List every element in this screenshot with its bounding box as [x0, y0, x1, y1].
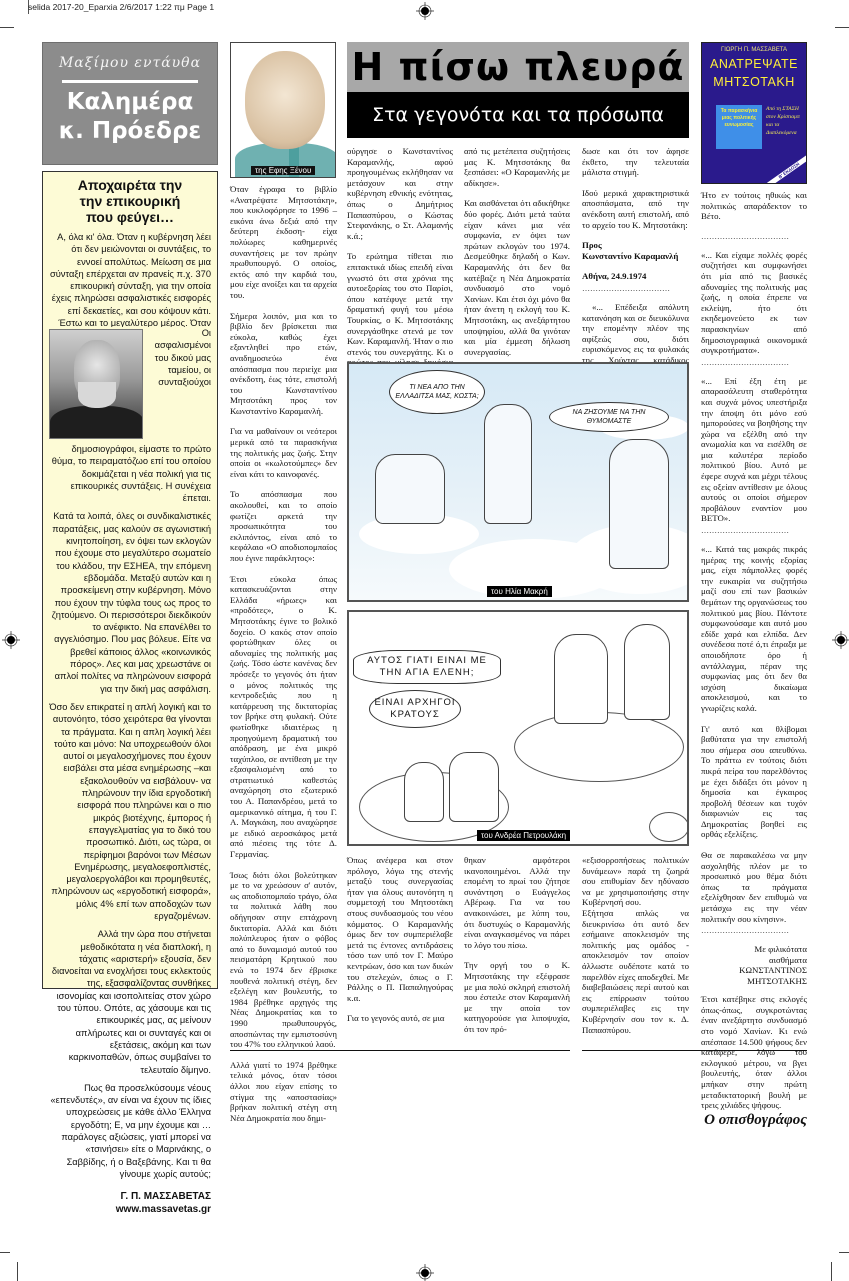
article-column-3-bottom: θηκαν αμφότεροι ικανοποιημένοι. Αλλά την…: [464, 855, 570, 1045]
figure-seated: [375, 454, 445, 524]
speech-bubble: ΑΥΤΟΣ ΓΙΑΤΙ ΕΙΝΑΙ ΜΕ ΤΗΝ ΑΓΙΑ ΕΛΕΝΗ;: [353, 650, 501, 684]
book-box-text: Τα παρασκήνια μιας πολιτικής ευνωμοσίας: [716, 105, 762, 149]
article-column-3-top: από τις μετέπειτα συζητήσεις μας Κ. Μητσ…: [464, 146, 570, 398]
letter-paragraph: «... Επί έξη έτη με απαρασάλευτη σταθερό…: [701, 376, 807, 524]
letter-recipient-label: Προς: [582, 240, 689, 251]
opinion-paragraph: Όσο δεν επικρατεί η απλή λογική και το α…: [49, 701, 211, 922]
crop-mark: [17, 1262, 18, 1281]
article-column-5: Ήτο εν τούτοις ηθικώς και πολιτικώς απαρ…: [701, 190, 807, 1125]
registration-mark-icon: [416, 1264, 434, 1281]
registration-mark-icon: [416, 2, 434, 20]
letter-date: Αθήνα, 24.9.1974: [582, 271, 689, 282]
article-paragraph: δωσε και ότι τον άφησε έκθετο, την τελευ…: [582, 146, 689, 178]
article-column-4-top: δωσε και ότι τον άφησε έκθετο, την τελευ…: [582, 146, 689, 397]
figure-standing: [484, 404, 532, 524]
author-signature: Γ. Π. ΜΑΣΣΑΒΕΤΑΣ www.massavetas.gr: [49, 1190, 211, 1216]
article-paragraph: Ίσως διότι όλοι βολεύτηκαν με το να χρεώ…: [230, 870, 337, 1050]
crop-mark: [0, 1252, 10, 1253]
angel-figure: [404, 762, 444, 822]
letter-paragraph: Εξήτησα απλώς να διευκρινίσω ότι αυτό δε…: [582, 908, 689, 1035]
opinion-paragraph: Αλλά την ώρα που στήνεται μεθοδικότατα η…: [49, 928, 211, 1076]
crop-mark: [839, 1252, 849, 1253]
opinion-paragraph: Α, όλα κι' όλα. Όταν η κυβέρνηση λέει ότ…: [49, 231, 211, 327]
crop-mark: [835, 27, 849, 28]
column-title-line2: κ. Πρόεδρε: [43, 117, 217, 146]
author-website[interactable]: www.massavetas.gr: [49, 1203, 211, 1216]
book-title-line1: ΑΝΑΤΡΕΨΑΤΕ: [702, 57, 806, 71]
article-column-2-top: ούργησε ο Κωνσταντίνος Καραμανλής, αφού …: [347, 146, 453, 388]
book-edition-band: Β' ΕΚΔΟΣΗ: [767, 154, 807, 184]
article-paragraph: Έτσι κατέβηκε στις εκλογές όπως-όπως, συ…: [701, 994, 807, 1111]
article-paragraph: Όταν έγραφα το βιβλίο «Ανατρέψατε Μητσοτ…: [230, 184, 337, 301]
article-column-1: Όταν έγραφα το βιβλίο «Ανατρέψατε Μητσοτ…: [230, 184, 337, 1133]
article-paragraph: Και αισθάνεται ότι αδικήθηκε δύο φορές. …: [464, 198, 570, 357]
header-divider: [62, 80, 198, 83]
column-kicker: Μαξίμου εντάυθα: [43, 55, 217, 71]
article-column-2-bottom: Όπως ανέφερα και στον πρόλογο, λόγω της …: [347, 855, 453, 1034]
column-header-box: Μαξίμου εντάυθα Καλημέρα κ. Πρόεδρε: [42, 42, 218, 165]
article-paragraph: από τις μετέπειτα συζητήσεις μας Κ. Μητσ…: [464, 146, 570, 188]
saint-figure: [624, 624, 670, 720]
opinion-column: Αποχαιρέτα την την επικουρική που φεύγει…: [42, 171, 218, 989]
bottom-rule: [582, 1050, 807, 1051]
page-subtitle: Στα γεγονότα και τα πρόσωπα: [347, 92, 689, 138]
page-title: Η πίσω πλευρά: [347, 42, 689, 92]
letter-paragraph: «... Και είχαμε πολλές φορές συζητήσει κ…: [701, 250, 807, 356]
angel-figure: [554, 634, 608, 724]
cartoon-credit: του Ανδρέα Πετρουλάκη: [477, 830, 570, 841]
speech-bubble: ΝΑ ΖΗΣΟΥΜΕ ΝΑ ΤΗΝ ΘΥΜΟΜΑΣΤΕ: [549, 402, 669, 432]
registration-mark-icon: [832, 631, 849, 649]
speech-bubble: ΕΙΝΑΙ ΑΡΧΗΓΟΙ ΚΡΑΤΟΥΣ: [369, 690, 461, 728]
letter-signature: Με φιλικότατα αισθήματα ΚΩΝΣΤΑΝΤΙΝΟΣ ΜΗΤ…: [701, 944, 807, 986]
caricature-credit: της Εφης Ξένου: [251, 166, 315, 175]
opinion-headline: Αποχαιρέτα την την επικουρική που φεύγει…: [49, 177, 211, 225]
article-paragraph: Έτσι εύκολα όπως κατασκευάζονται στην Ελ…: [230, 574, 337, 860]
article-column-4-bottom: «εξισορροπήσεως πολιτικών δυνάμεων» παρά…: [582, 855, 689, 1045]
letter-paragraph: Ήτο εν τούτοις ηθικώς και πολιτικώς απαρ…: [701, 190, 807, 222]
author-name: Γ. Π. ΜΑΣΣΑΒΕΤΑΣ: [49, 1190, 211, 1203]
book-author: ΓΙΩΡΓΗ Π. ΜΑΣΣΑΒΕΤΑ: [702, 47, 806, 53]
cartoon-credit: του Ηλία Μακρή: [487, 586, 552, 597]
speech-bubble: ΤΙ ΝΕΑ ΑΠΟ ΤΗΝ ΕΛΛΑΔΙΤΣΑ ΜΑΣ, ΚΩΣΤΑ;: [389, 370, 485, 414]
article-paragraph: Αλλά γιατί το 1974 βρέθηκε τελικά μόνος,…: [230, 1060, 337, 1124]
caricature-image: της Εφης Ξένου: [230, 42, 336, 178]
letter-paragraph: Θα σε παρακαλέσω να μην ασχοληθής πλέον …: [701, 850, 807, 924]
letter-recipient-name: Κωνσταντίνο Καραμανλή: [582, 251, 689, 262]
article-paragraph: ούργησε ο Κωνσταντίνος Καραμανλής, αφού …: [347, 146, 453, 241]
book-cover-image: ΓΙΩΡΓΗ Π. ΜΑΣΣΑΒΕΤΑ ΑΝΑΤΡΕΨΑΤΕ ΜΗΤΣΟΤΑΚΗ…: [701, 42, 807, 184]
crop-mark: [0, 27, 14, 28]
cartoon-makris: ΤΙ ΝΕΑ ΑΠΟ ΤΗΝ ΕΛΛΑΔΙΤΣΑ ΜΑΣ, ΚΩΣΤΑ; ΝΑ …: [347, 362, 689, 602]
article-byline: Ο οπισθογράφος: [701, 1115, 807, 1126]
angel-figure: [449, 752, 499, 822]
cartoon-petroulakis: ΑΥΤΟΣ ΓΙΑΤΙ ΕΙΝΑΙ ΜΕ ΤΗΝ ΑΓΙΑ ΕΛΕΝΗ; ΕΙΝ…: [347, 610, 689, 846]
letter-paragraph: Γι' αυτό και θλίβομαι βαθύτατα για την ε…: [701, 724, 807, 841]
column-title-line1: Καλημέρα: [43, 88, 217, 117]
letter-paragraph: «... Κατά τας μακράς πικράς ημέρας της κ…: [701, 544, 807, 714]
article-paragraph: Για να μαθαίνουν οι νεότεροι μερικά από …: [230, 426, 337, 479]
figure-with-suitcase: [609, 439, 669, 569]
book-title-line2: ΜΗΤΣΟΤΑΚΗ: [702, 75, 806, 89]
separator-dots: ……………………………: [582, 284, 689, 294]
book-side-text: Από τη ΣΤΑΣΗ στον Κρίστιαμπ και τα Διαπλ…: [766, 105, 804, 137]
separator-dots: ……………………………: [701, 526, 807, 536]
article-paragraph: Ιδού μερικά χαρακτηριστικά αποσπάσματα, …: [582, 188, 689, 230]
opinion-paragraph: Πως θα προσελκύσουμε νέους «επενδυτές», …: [49, 1082, 211, 1180]
crop-mark: [831, 1262, 832, 1281]
article-paragraph: Σήμερα λοιπόν, μια και το βιβλίο δεν βρί…: [230, 311, 337, 417]
separator-dots: ……………………………: [701, 232, 807, 242]
registration-mark-icon: [2, 631, 20, 649]
author-photo: [49, 329, 143, 439]
article-paragraph: Για το γεγονός αυτό, σε μια: [347, 1013, 453, 1024]
separator-dots: ……………………………: [701, 926, 807, 936]
bottom-rule: [230, 1050, 570, 1051]
separator-dots: ……………………………: [701, 358, 807, 368]
article-paragraph: Όπως ανέφερα και στον πρόλογο, λόγω της …: [347, 855, 453, 1003]
article-paragraph: Το απόσπασμα που ακολουθεί, και το οποίο…: [230, 489, 337, 563]
article-paragraph: θηκαν αμφότεροι ικανοποιημένοι. Αλλά την…: [464, 855, 570, 950]
article-paragraph: Την οργή του ο Κ. Μητσοτάκης την εξέφρασ…: [464, 960, 570, 1034]
print-slug: selida 2017-20_Eparxia 2/6/2017 1:22 πμ …: [28, 2, 214, 12]
letter-paragraph: «εξισορροπήσεως πολιτικών δυνάμεων» παρά…: [582, 855, 689, 908]
article-paragraph: Το ερώτημα τίθεται πιο επιτακτικά ιδίως …: [347, 251, 453, 378]
opinion-paragraph: Κατά τα λοιπά, όλες οι συνδικαλιστικές π…: [49, 510, 211, 694]
